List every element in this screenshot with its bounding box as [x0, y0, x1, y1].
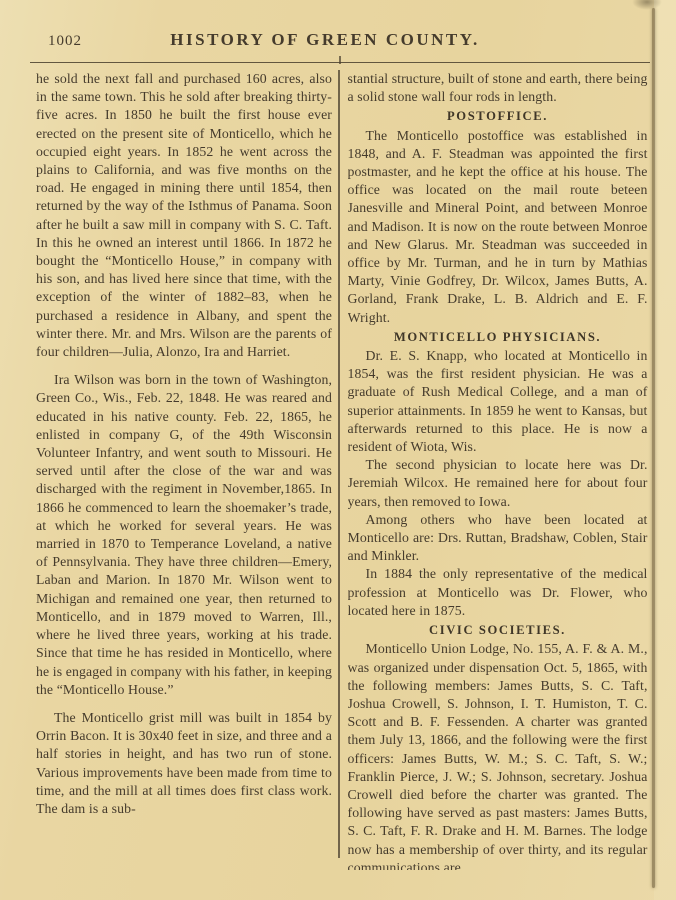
right-column: stantial structure, built of stone and e…	[348, 70, 648, 870]
paragraph: Monticello Union Lodge, No. 155, A. F. &…	[348, 640, 648, 870]
book-page: 1002 HISTORY OF GREEN COUNTY. he sold th…	[0, 0, 676, 900]
paragraph: he sold the next fall and purchased 160 …	[36, 70, 332, 361]
paragraph: The Monticello postoffice was establishe…	[348, 127, 648, 327]
left-column: he sold the next fall and purchased 160 …	[36, 70, 332, 870]
paragraph: Dr. E. S. Knapp, who located at Monticel…	[348, 347, 648, 456]
page-title: HISTORY OF GREEN COUNTY.	[0, 30, 650, 50]
section-heading-monticello-physicians: MONTICELLO PHYSICIANS.	[348, 328, 648, 346]
scan-corner-smudge	[632, 0, 662, 10]
section-heading-civic-societies: CIVIC SOCIETIES.	[348, 621, 648, 639]
paragraph: Among others who have been located at Mo…	[348, 511, 648, 566]
paragraph: In 1884 the only representative of the m…	[348, 565, 648, 620]
scan-edge-strip	[654, 0, 676, 900]
column-divider	[338, 70, 340, 858]
paragraph: stantial structure, built of stone and e…	[348, 70, 648, 106]
scan-edge-line	[652, 8, 655, 888]
header-rule	[30, 62, 650, 63]
paragraph: Ira Wilson was born in the town of Washi…	[36, 371, 332, 699]
section-heading-postoffice: POSTOFFICE.	[348, 107, 648, 125]
text-columns: he sold the next fall and purchased 160 …	[36, 70, 648, 870]
paragraph: The Monticello grist mill was built in 1…	[36, 709, 332, 818]
paragraph: The second physician to locate here was …	[348, 456, 648, 511]
page-header: 1002 HISTORY OF GREEN COUNTY.	[0, 30, 650, 56]
